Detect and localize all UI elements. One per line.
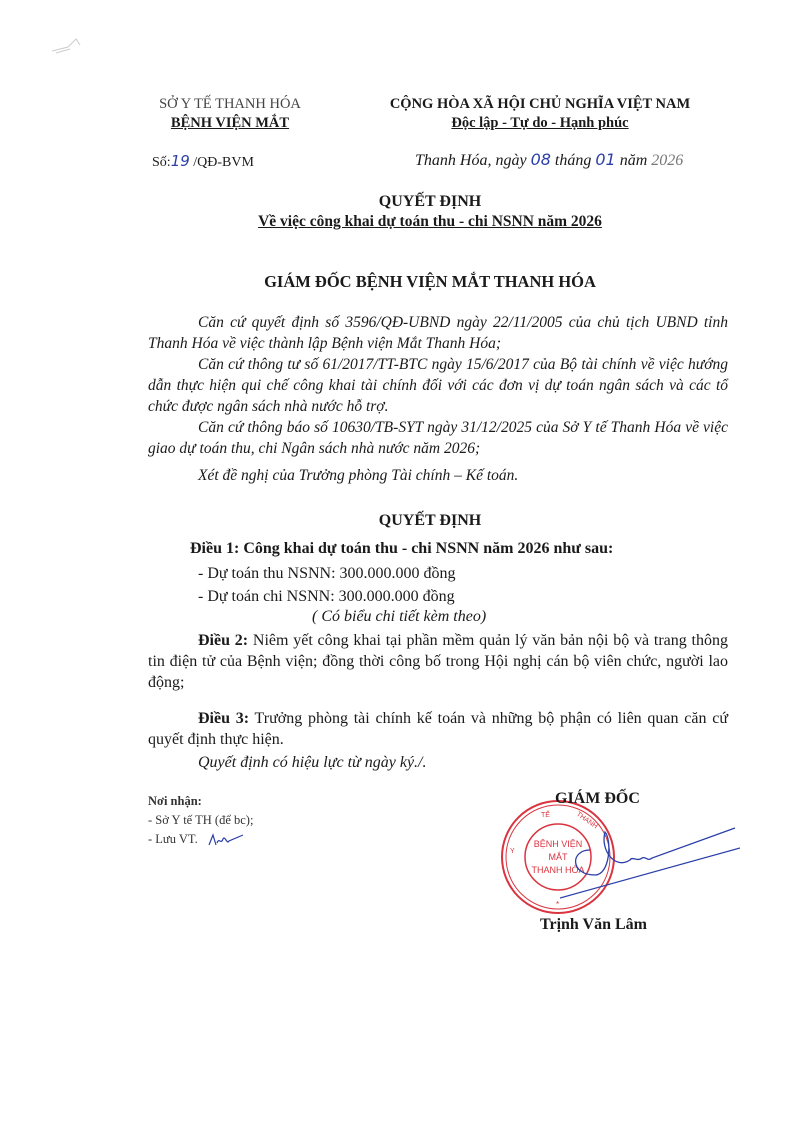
national-motto: Độc lập - Tự do - Hạnh phúc	[350, 114, 730, 133]
issuing-agency-block: SỞ Y TẾ THANH HÓA BỆNH VIỆN MẮT	[130, 95, 330, 133]
preamble-1: Căn cứ quyết định số 3596/QĐ-UBND ngày 2…	[148, 312, 728, 354]
article-1-text: Công khai dự toán thu - chi NSNN năm 202…	[239, 540, 613, 557]
unit-name: BỆNH VIỆN MẮT	[130, 114, 330, 133]
agency-name: SỞ Y TẾ THANH HÓA	[130, 95, 330, 114]
budget-revenue: - Dự toán thu NSNN: 300.000.000 đồng	[198, 565, 456, 583]
article-2: Điều 2: Niêm yết công khai tại phần mềm …	[148, 630, 728, 693]
number-prefix: Số:	[152, 155, 171, 170]
date-year-label: năm	[616, 152, 652, 169]
scan-artifact	[50, 35, 90, 55]
date-day: 08	[531, 150, 551, 169]
article-2-label: Điều 2:	[198, 632, 248, 649]
budget-expenditure: - Dự toán chi NSNN: 300.000.000 đồng	[198, 588, 455, 606]
recipient-text: - Lưu VT.	[148, 832, 198, 846]
document-type: QUYẾT ĐỊNH	[130, 193, 730, 211]
decision-heading: QUYẾT ĐỊNH	[130, 512, 730, 530]
signatory-title: GIÁM ĐỐC	[555, 790, 640, 808]
preamble-2: Căn cứ thông tư số 61/2017/TT-BTC ngày 1…	[148, 354, 728, 417]
director-signature-icon	[560, 820, 740, 900]
date-year: 2026	[651, 152, 683, 169]
svg-text:*: *	[556, 900, 559, 909]
svg-text:TẾ: TẾ	[541, 809, 550, 819]
recipients-label: Nơi nhận:	[148, 792, 253, 811]
issue-date: Thanh Hóa, ngày 08 tháng 01 năm 2026	[415, 150, 683, 170]
recipient-item: - Sở Y tế TH (để bc);	[148, 811, 253, 830]
recipient-item: - Lưu VT.	[148, 830, 253, 849]
attachment-note: ( Có biểu chi tiết kèm theo)	[312, 608, 486, 626]
nation-name: CỘNG HÒA XÃ HỘI CHỦ NGHĨA VIỆT NAM	[350, 95, 730, 114]
document-number: Số:19 /QĐ-BVM	[152, 152, 254, 171]
article-1: Điều 1: Công khai dự toán thu - chi NSNN…	[190, 540, 613, 558]
date-prefix: Thanh Hóa, ngày	[415, 152, 531, 169]
initials-icon	[207, 831, 247, 849]
effective-clause: Quyết định có hiệu lực từ ngày ký./.	[148, 752, 728, 773]
recipients-block: Nơi nhận: - Sở Y tế TH (để bc); - Lưu VT…	[148, 792, 253, 849]
national-header: CỘNG HÒA XÃ HỘI CHỦ NGHĨA VIỆT NAM Độc l…	[350, 95, 730, 133]
issuing-authority: GIÁM ĐỐC BỆNH VIỆN MẮT THANH HÓA	[130, 272, 730, 292]
article-3: Điều 3: Trưởng phòng tài chính kế toán v…	[148, 708, 728, 750]
article-3-label: Điều 3:	[198, 710, 249, 727]
number-handwritten: 19	[171, 152, 190, 170]
preamble-3: Căn cứ thông báo số 10630/TB-SYT ngày 31…	[148, 417, 728, 459]
preamble-4: Xét đề nghị của Trưởng phòng Tài chính –…	[148, 465, 728, 486]
signatory-name: Trịnh Văn Lâm	[540, 916, 647, 934]
article-1-label: Điều 1:	[190, 540, 239, 557]
date-month-label: tháng	[551, 152, 595, 169]
date-month: 01	[595, 150, 615, 169]
document-subject: Về việc công khai dự toán thu - chi NSNN…	[130, 213, 730, 231]
svg-text:Y: Y	[510, 848, 515, 855]
number-suffix: /QĐ-BVM	[190, 155, 254, 170]
